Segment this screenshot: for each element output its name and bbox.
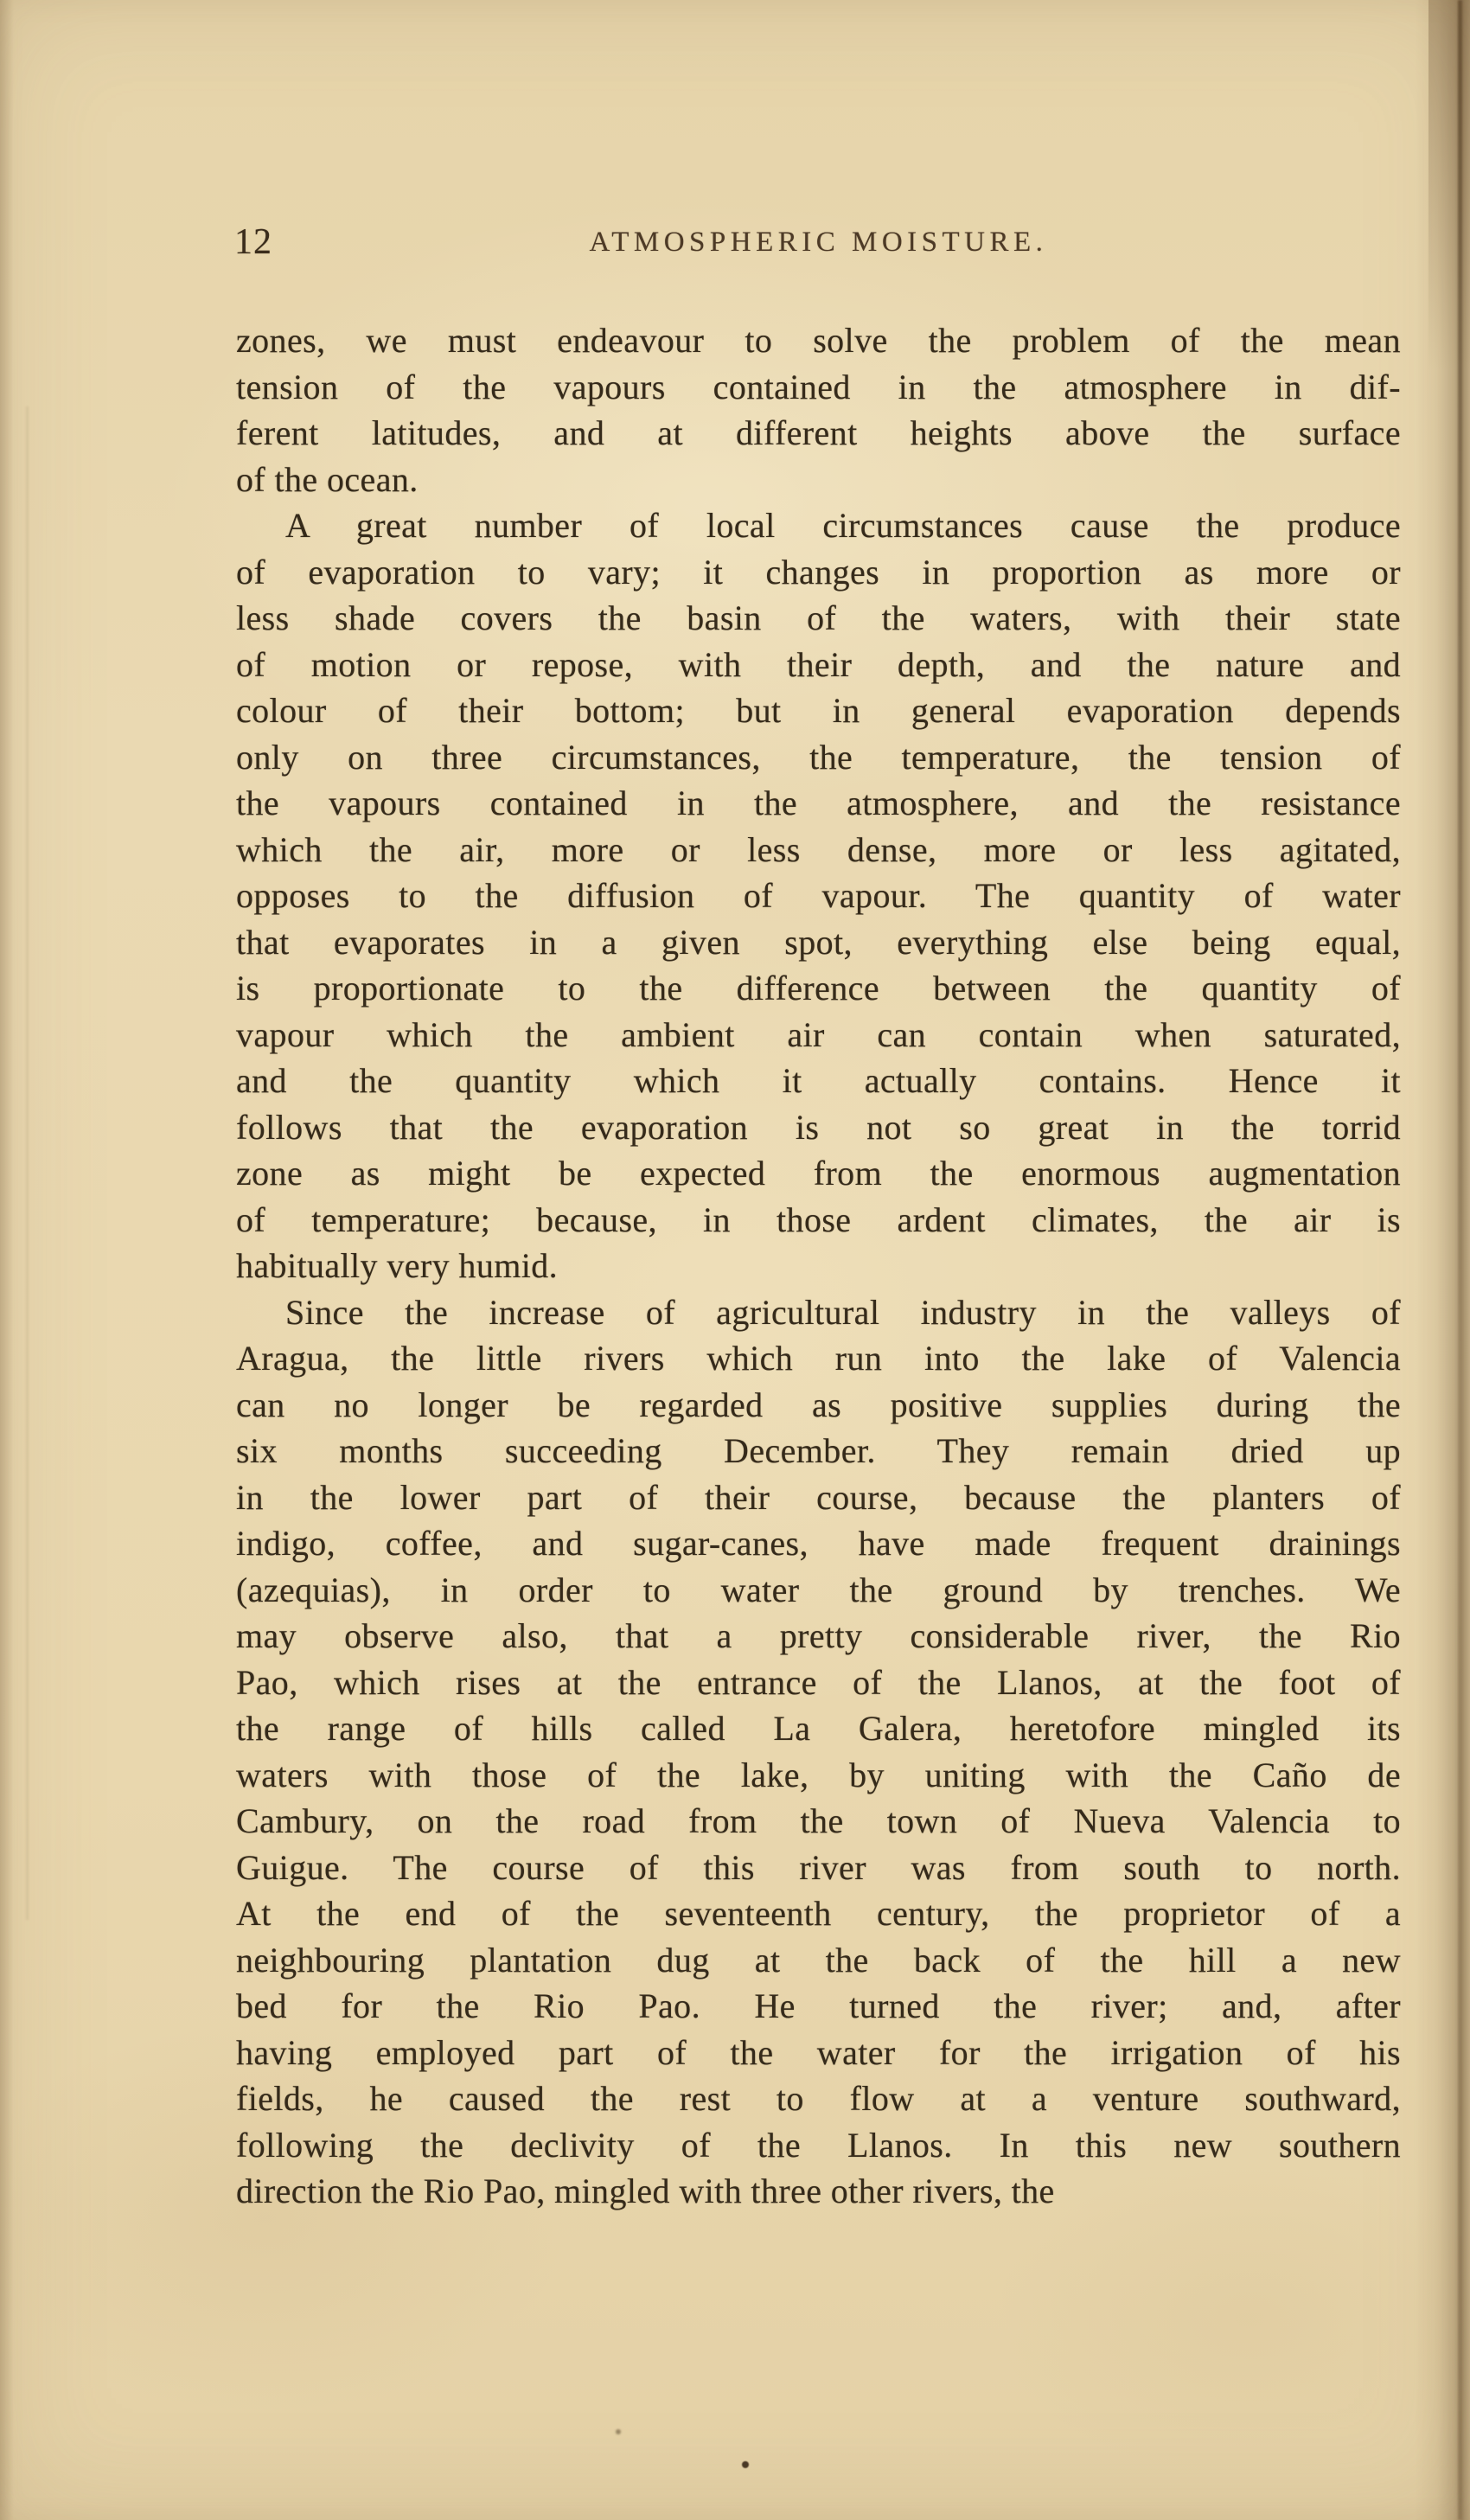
text-line: vapour which the ambient air can contain… — [236, 1012, 1401, 1059]
text-line: Pao, which rises at the entrance of the … — [236, 1660, 1401, 1706]
text-line: tension of the vapours contained in the … — [236, 364, 1401, 411]
text-line: direction the Rio Pao, mingled with thre… — [236, 2168, 1401, 2215]
text-line: A great number of local circumstances ca… — [236, 502, 1401, 549]
ink-speck — [616, 2429, 621, 2434]
text-line: that evaporates in a given spot, everyth… — [236, 919, 1401, 966]
text-line: neighbouring plantation dug at the back … — [236, 1937, 1401, 1984]
text-line: (azequias), in order to water the ground… — [236, 1567, 1401, 1614]
text-line: Cambury, on the road from the town of Nu… — [236, 1798, 1401, 1845]
text-line: following the declivity of the Llanos. I… — [236, 2122, 1401, 2169]
text-line: ferent latitudes, and at different heigh… — [236, 410, 1401, 457]
top-right-corner-shadow — [1428, 0, 1470, 372]
text-line: in the lower part of their course, becau… — [236, 1474, 1401, 1521]
text-line: the range of hills called La Galera, her… — [236, 1705, 1401, 1752]
text-line: of temperature; because, in those ardent… — [236, 1197, 1401, 1244]
text-line: follows that the evaporation is not so g… — [236, 1104, 1401, 1151]
text-line: habitually very humid. — [236, 1243, 1401, 1289]
text-line: may observe also, that a pretty consider… — [236, 1613, 1401, 1660]
text-line: waters with those of the lake, by unitin… — [236, 1752, 1401, 1799]
text-line: fields, he caused the rest to flow at a … — [236, 2075, 1401, 2122]
text-line: only on three circumstances, the tempera… — [236, 734, 1401, 781]
text-line: At the end of the seventeenth century, t… — [236, 1890, 1401, 1937]
text-line: of evaporation to vary; it changes in pr… — [236, 549, 1401, 596]
text-line: zones, we must endeavour to solve the pr… — [236, 317, 1401, 364]
text-line: the vapours contained in the atmosphere,… — [236, 780, 1401, 827]
text-line: Guigue. The course of this river was fro… — [236, 1845, 1401, 1891]
body-text: zones, we must endeavour to solve the pr… — [236, 317, 1401, 2215]
page-right-edge-shading — [1415, 0, 1470, 2520]
running-header: ATMOSPHERIC MOISTURE. — [236, 227, 1401, 259]
ink-speck — [742, 2461, 749, 2468]
text-line: and the quantity which it actually conta… — [236, 1058, 1401, 1104]
text-line: less shade covers the basin of the water… — [236, 595, 1401, 642]
page-gutter-shadow-line — [1458, 0, 1462, 2520]
text-line: bed for the Rio Pao. He turned the river… — [236, 1983, 1401, 2030]
text-line: is proportionate to the difference betwe… — [236, 965, 1401, 1012]
page-crease-shadow — [26, 406, 29, 1920]
text-line: zone as might be expected from the enorm… — [236, 1150, 1401, 1197]
text-line: opposes to the diffusion of vapour. The … — [236, 873, 1401, 919]
text-line: which the air, more or less dense, more … — [236, 827, 1401, 873]
text-line: colour of their bottom; but in general e… — [236, 688, 1401, 734]
text-line: of motion or repose, with their depth, a… — [236, 642, 1401, 688]
page-left-edge-shading — [0, 0, 14, 2520]
text-line: Since the increase of agricultural indus… — [236, 1289, 1401, 1336]
text-line: of the ocean. — [236, 457, 1401, 503]
text-line: having employed part of the water for th… — [236, 2030, 1401, 2076]
text-line: can no longer be regarded as positive su… — [236, 1382, 1401, 1429]
scanned-book-page: 12 ATMOSPHERIC MOISTURE. zones, we must … — [0, 0, 1470, 2520]
text-line: Aragua, the little rivers which run into… — [236, 1335, 1401, 1382]
text-line: six months succeeding December. They rem… — [236, 1428, 1401, 1474]
text-line: indigo, coffee, and sugar-canes, have ma… — [236, 1520, 1401, 1567]
